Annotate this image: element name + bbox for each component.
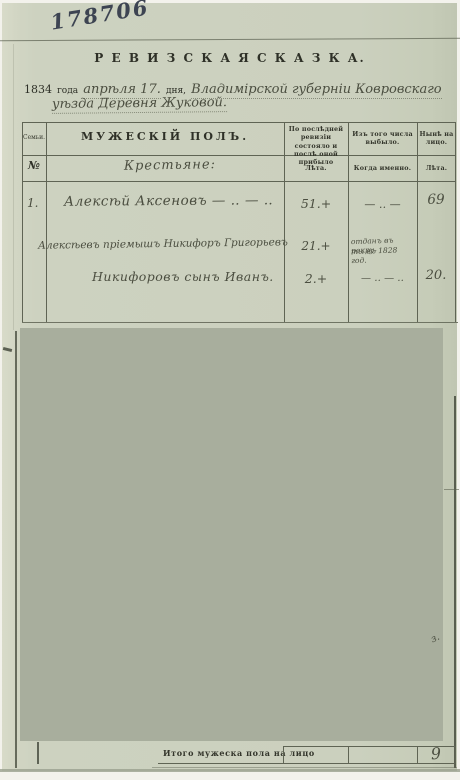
table-rule-col2 xyxy=(284,122,285,322)
right-margin-tick xyxy=(444,489,459,490)
right-page-edge-line xyxy=(454,396,456,768)
row1-number: 1. xyxy=(27,196,38,210)
row2-departed-line2: ты въ 1828 год. xyxy=(351,245,416,265)
header-revision-column: По послѣдней ревизіи состояло и послѣ он… xyxy=(286,125,346,167)
subheader-years-prev: Лѣта. xyxy=(286,164,346,172)
header-family-column: Семьи. xyxy=(22,134,46,141)
header-male-column: МУЖЕСКІЙ ПОЛЪ. xyxy=(46,130,284,143)
footer-rule-col-left xyxy=(283,746,284,763)
table-rule-col3 xyxy=(348,122,349,322)
binding-edge-line-upper xyxy=(13,44,14,330)
table-rule-bottom xyxy=(22,322,458,323)
district-handwritten: уѣзда Деревня Жуковой. xyxy=(52,95,227,114)
date-place-line: 1834 года апрѣля 17. дня, Владимірской г… xyxy=(24,78,444,97)
row1-name: Алексѣй Аксеновъ — ‥ — ‥ xyxy=(64,192,273,209)
table-rule-left xyxy=(22,122,23,322)
header-present-column: Нынѣ на лицо. xyxy=(419,130,454,147)
binding-edge-line xyxy=(15,331,17,768)
footer-total-value: 9 xyxy=(416,743,455,765)
row3-age-now: 20. xyxy=(417,268,455,283)
footer-total-label: Итого мужеска пола на лицо xyxy=(163,748,315,758)
row2-age-previous: 21.+ xyxy=(284,239,348,253)
row1-age-now: 69 xyxy=(417,192,455,208)
table-rule-col1 xyxy=(46,122,47,322)
footer-rule-col-mid xyxy=(348,746,349,763)
row3-name: Никифоровъ сынъ Иванъ. xyxy=(92,269,274,284)
row1-departed: — ‥ — xyxy=(348,198,417,211)
footer-rule-under xyxy=(152,767,457,768)
table-rule-col4 xyxy=(417,122,418,322)
page-bottom-edge xyxy=(0,769,460,772)
date-year-label: года xyxy=(57,86,78,96)
row3-age-previous: 2.+ xyxy=(284,271,348,286)
province-handwritten: Владимірской губерніи Ковровскаго xyxy=(191,82,441,99)
document-title: Р Е В И З С К А Я С К А З К А. xyxy=(0,51,460,65)
date-day-label: дня, xyxy=(166,86,186,96)
row3-departed: — ‥ — ‥ xyxy=(348,273,417,284)
redacted-area xyxy=(20,328,443,741)
table-rule-right xyxy=(455,122,456,322)
table-rule-subheader xyxy=(22,181,456,182)
table-rule-top xyxy=(22,122,456,123)
left-footer-stroke xyxy=(37,742,39,764)
subheader-when-exactly: Когда именно. xyxy=(350,164,415,172)
subheader-row-number: № xyxy=(22,159,46,172)
scanned-revision-list-page: 178706 Р Е В И З С К А Я С К А З К А. 18… xyxy=(0,0,460,780)
header-departed-column: Изъ того числа выбыло. xyxy=(350,130,415,147)
footer-rule-bottom xyxy=(158,763,456,764)
subheader-years-now: Лѣта. xyxy=(419,164,454,172)
row1-age-previous: 51.+ xyxy=(284,196,348,211)
date-year: 1834 xyxy=(24,83,52,96)
